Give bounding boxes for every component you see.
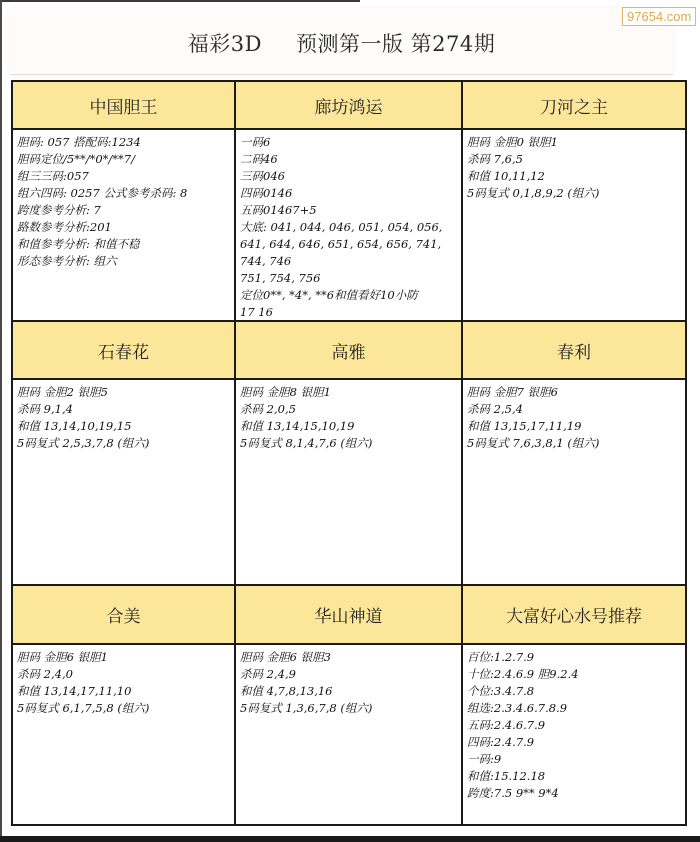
expert-prediction: 胆码 金胆8 银胆1 杀码 2,0,5 和值 13,14,15,10,19 5码… (236, 380, 463, 586)
prediction-line: 杀码 7,6,5 (467, 151, 681, 168)
prediction-line: 和值 10,11,12 (467, 168, 681, 185)
expert-prediction: 胆码 金胆7 银胆6 杀码 2,5,4 和值 13,15,17,11,19 5码… (463, 380, 685, 586)
prediction-line: 胆码 金胆2 银胆5 (17, 384, 230, 401)
expert-prediction: 百位:1.2.7.9 十位:2.4.6.9 胆9.2.4 个位:3.4.7.8 … (463, 645, 685, 824)
prediction-line: 胆码 金胆6 银胆3 (240, 649, 457, 666)
prediction-line: 5码复式 8,1,4,7,6 (组六) (240, 435, 457, 452)
prediction-line: 组三三码:057 (17, 168, 230, 185)
title-panel: 福彩3D预测第一版 第274期 (10, 8, 673, 75)
prediction-line: 四码0146 (240, 185, 457, 202)
expert-header: 廊坊鸿运 (236, 82, 463, 130)
prediction-line: 5码复式 6,1,7,5,8 (组六) (17, 700, 230, 717)
expert-prediction: 胆码: 057 搭配码:1234 胆码定位/5**/*0*/**7/ 组三三码:… (13, 130, 236, 322)
expert-prediction: 胆码 金胆2 银胆5 杀码 9,1,4 和值 13,14,10,19,15 5码… (13, 380, 236, 586)
prediction-line: 5码复式 0,1,8,9,2 (组六) (467, 185, 681, 202)
prediction-line: 十位:2.4.6.9 胆9.2.4 (467, 666, 681, 683)
top-border (0, 0, 360, 2)
issue-title: 预测第一版 第274期 (296, 32, 495, 56)
prediction-line: 定位0**, *4*, **6和值看好10小防 (240, 287, 457, 304)
prediction-line: 组六四码: 0257 公式参考杀码: 8 (17, 185, 230, 202)
prediction-line: 和值 13,14,17,11,10 (17, 683, 230, 700)
prediction-line: 四码:2.4.7.9 (467, 734, 681, 751)
prediction-line: 五码:2.4.6.7.9 (467, 717, 681, 734)
prediction-line: 751, 754, 756 (240, 270, 457, 287)
prediction-line: 和值 13,14,10,19,15 (17, 418, 230, 435)
expert-header: 石春花 (13, 322, 236, 380)
expert-prediction: 胆码 金胆0 银胆1 杀码 7,6,5 和值 10,11,12 5码复式 0,1… (463, 130, 685, 322)
prediction-line: 胆码 金胆8 银胆1 (240, 384, 457, 401)
expert-header: 刀河之主 (463, 82, 685, 130)
prediction-line: 三码046 (240, 168, 457, 185)
prediction-line: 个位:3.4.7.8 (467, 683, 681, 700)
expert-header: 大富好心水号推荐 (463, 586, 685, 645)
page-title: 福彩3D预测第一版 第274期 (10, 28, 673, 58)
prediction-line: 大底: 041, 044, 046, 051, 054, 056, (240, 219, 457, 236)
expert-header: 合美 (13, 586, 236, 645)
expert-prediction: 一码6 二码46 三码046 四码0146 五码01467+5 大底: 041,… (236, 130, 463, 322)
expert-header: 华山神道 (236, 586, 463, 645)
prediction-table: 中国胆王 廊坊鸿运 刀河之主 胆码: 057 搭配码:1234 胆码定位/5**… (11, 80, 687, 826)
prediction-line: 胆码 金胆0 银胆1 (467, 134, 681, 151)
prediction-line: 百位:1.2.7.9 (467, 649, 681, 666)
prediction-line: 杀码 2,5,4 (467, 401, 681, 418)
prediction-line: 跨度参考分析: 7 (17, 202, 230, 219)
prediction-line: 和值 13,14,15,10,19 (240, 418, 457, 435)
prediction-line: 跨度:7.5 9** 9*4 (467, 785, 681, 802)
prediction-line: 641, 644, 646, 651, 654, 656, 741, (240, 236, 457, 253)
expert-header: 中国胆王 (13, 82, 236, 130)
prediction-line: 和值参考分析: 和值不稳 (17, 236, 230, 253)
prediction-line: 五码01467+5 (240, 202, 457, 219)
expert-header: 春利 (463, 322, 685, 380)
prediction-line: 17 16 (240, 304, 457, 321)
prediction-line: 胆码 金胆6 银胆1 (17, 649, 230, 666)
prediction-line: 一码:9 (467, 751, 681, 768)
prediction-line: 和值 4,7,8,13,16 (240, 683, 457, 700)
bottom-border (0, 836, 700, 842)
prediction-line: 形态参考分析: 组六 (17, 253, 230, 270)
prediction-line: 胆码 金胆7 银胆6 (467, 384, 681, 401)
expert-prediction: 胆码 金胆6 银胆1 杀码 2,4,0 和值 13,14,17,11,10 5码… (13, 645, 236, 824)
prediction-line: 路数参考分析:201 (17, 219, 230, 236)
prediction-line: 二码46 (240, 151, 457, 168)
prediction-line: 杀码 2,4,0 (17, 666, 230, 683)
prediction-line: 胆码: 057 搭配码:1234 (17, 134, 230, 151)
prediction-line: 744, 746 (240, 253, 457, 270)
expert-prediction: 胆码 金胆6 银胆3 杀码 2,4,9 和值 4,7,8,13,16 5码复式 … (236, 645, 463, 824)
prediction-line: 杀码 2,0,5 (240, 401, 457, 418)
prediction-line: 杀码 9,1,4 (17, 401, 230, 418)
prediction-line: 和值 13,15,17,11,19 (467, 418, 681, 435)
prediction-line: 胆码定位/5**/*0*/**7/ (17, 151, 230, 168)
prediction-line: 组选:2.3.4.6.7.8.9 (467, 700, 681, 717)
prediction-line: 杀码 2,4,9 (240, 666, 457, 683)
lottery-name: 福彩3D (188, 32, 262, 56)
left-border (0, 0, 2, 842)
prediction-line: 和值:15.12.18 (467, 768, 681, 785)
prediction-line: 5码复式 2,5,3,7,8 (组六) (17, 435, 230, 452)
site-watermark: 97654.com (622, 7, 696, 26)
expert-header: 高雅 (236, 322, 463, 380)
prediction-line: 5码复式 1,3,6,7,8 (组六) (240, 700, 457, 717)
prediction-line: 一码6 (240, 134, 457, 151)
prediction-line: 5码复式 7,6,3,8,1 (组六) (467, 435, 681, 452)
